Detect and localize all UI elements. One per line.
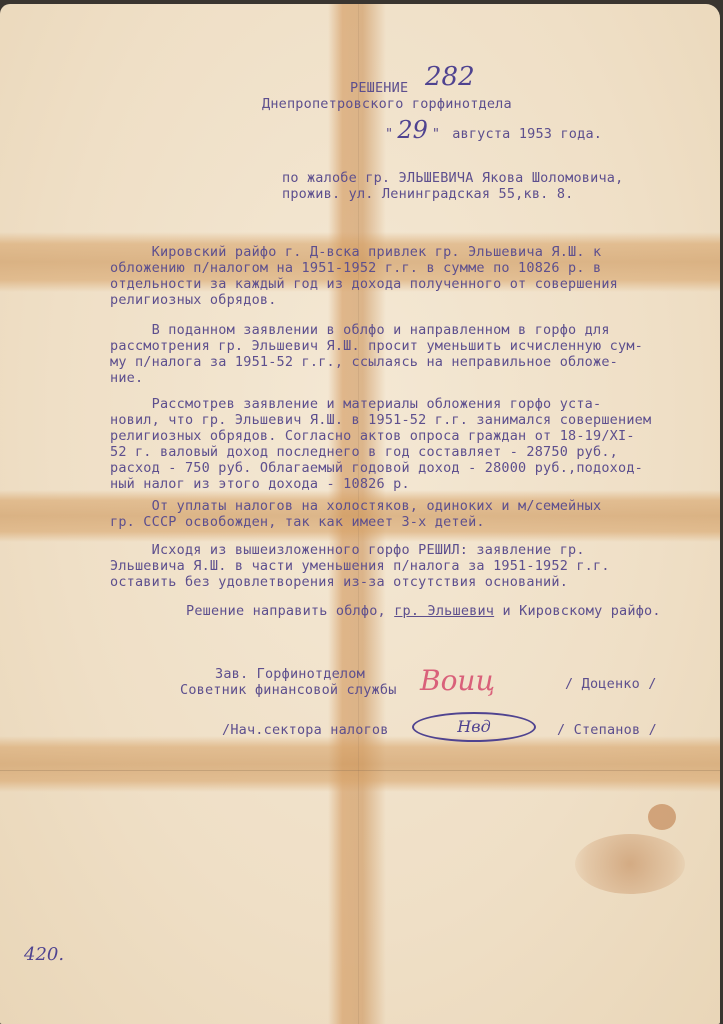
head-name: / Доценко / bbox=[565, 676, 657, 692]
subject-line-2: прожив. ул. Ленинградская 55,кв. 8. bbox=[282, 186, 573, 202]
horizontal-tape-stain-bottom bbox=[0, 736, 720, 792]
paragraph-line: От уплаты налогов на холостяков, одиноки… bbox=[110, 498, 601, 514]
document-title: РЕШЕНИЕ bbox=[350, 80, 408, 96]
paragraph-2: В поданном заявлении в облфо и направлен… bbox=[110, 322, 643, 386]
paragraph-line: отдельности за каждый год из дохода полу… bbox=[110, 276, 618, 292]
paragraph-line: ние. bbox=[110, 370, 643, 386]
paragraph-line: В поданном заявлении в облфо и направлен… bbox=[110, 322, 643, 338]
document-date: " 29 " августа 1953 года. bbox=[385, 116, 602, 144]
paragraph-line: религиозных обрядов. bbox=[110, 292, 618, 308]
distribution-suffix: и Кировскому райфо. bbox=[494, 603, 661, 619]
paragraph-line: рассмотрения гр. Эльшевич Я.Ш. просит ум… bbox=[110, 338, 643, 354]
water-stain-small bbox=[648, 804, 676, 830]
paragraph-line: гр. СССР освобожден, так как имеет 3-х д… bbox=[110, 514, 601, 530]
tax-sector-title: /Нач.сектора налогов bbox=[222, 722, 389, 738]
water-stain bbox=[575, 834, 685, 894]
paragraph-line: Эльшевича Я.Ш. в части уменьшения п/нало… bbox=[110, 558, 610, 574]
paragraph-line: ный налог из этого дохода - 10826 р. bbox=[110, 476, 651, 492]
distribution-line: Решение направить облфо, гр. Эльшевич и … bbox=[186, 602, 661, 620]
date-month-year: августа 1953 года. bbox=[452, 126, 602, 142]
paragraph-line: религиозных обрядов. Согласно актов опро… bbox=[110, 428, 651, 444]
paragraph-line: новил, что гр. Эльшевич Я.Ш. в 1951-52 г… bbox=[110, 412, 651, 428]
head-title-line-1: Зав. Горфинотделом bbox=[215, 666, 365, 682]
paragraph-1: Кировский райфо г. Д-вска привлек гр. Эл… bbox=[110, 244, 618, 308]
paragraph-line: Исходя из вышеизложенного горфо РЕШИЛ: з… bbox=[110, 542, 610, 558]
date-quote-open: " bbox=[385, 126, 393, 142]
paragraph-line: оставить без удовлетворения из-за отсутс… bbox=[110, 574, 610, 590]
paragraph-line: обложению п/налогом на 1951-1952 г.г. в … bbox=[110, 260, 618, 276]
tax-signature: Нвд bbox=[412, 712, 536, 742]
document-page: РЕШЕНИЕ 282 Днепропетровского горфинотде… bbox=[0, 4, 720, 1024]
head-signature: Воиц bbox=[420, 664, 495, 697]
subject-line-1: по жалобе гр. ЭЛЬШЕВИЧА Якова Шоломовича… bbox=[282, 170, 623, 186]
distribution-prefix: Решение направить облфо, bbox=[186, 603, 394, 619]
tax-head-name: / Степанов / bbox=[557, 722, 657, 738]
date-day: 29 bbox=[397, 116, 428, 144]
head-title-line-2: Советник финансовой службы bbox=[180, 682, 397, 698]
paragraph-3: Рассмотрев заявление и материалы обложен… bbox=[110, 396, 651, 492]
paragraph-line: 52 г. валовый доход последнего в год сос… bbox=[110, 444, 651, 460]
paragraph-line: Рассмотрев заявление и материалы обложен… bbox=[110, 396, 651, 412]
paragraph-5: Исходя из вышеизложенного горфо РЕШИЛ: з… bbox=[110, 542, 610, 590]
horizontal-fold-line bbox=[0, 770, 720, 771]
paragraph-line: расход - 750 руб. Облагаемый годовой дох… bbox=[110, 460, 651, 476]
margin-note: 420. bbox=[24, 944, 64, 965]
distribution-recipient-underlined: гр. Эльшевич bbox=[394, 603, 494, 619]
paragraph-line: му п/налога за 1951-52 г.г., ссылаясь на… bbox=[110, 354, 643, 370]
date-quote-close: " bbox=[432, 126, 440, 142]
paragraph-4: От уплаты налогов на холостяков, одиноки… bbox=[110, 498, 601, 530]
decision-number: 282 bbox=[425, 62, 475, 92]
paragraph-line: Кировский райфо г. Д-вска привлек гр. Эл… bbox=[110, 244, 618, 260]
issuer-name: Днепропетровского горфинотдела bbox=[262, 96, 512, 112]
